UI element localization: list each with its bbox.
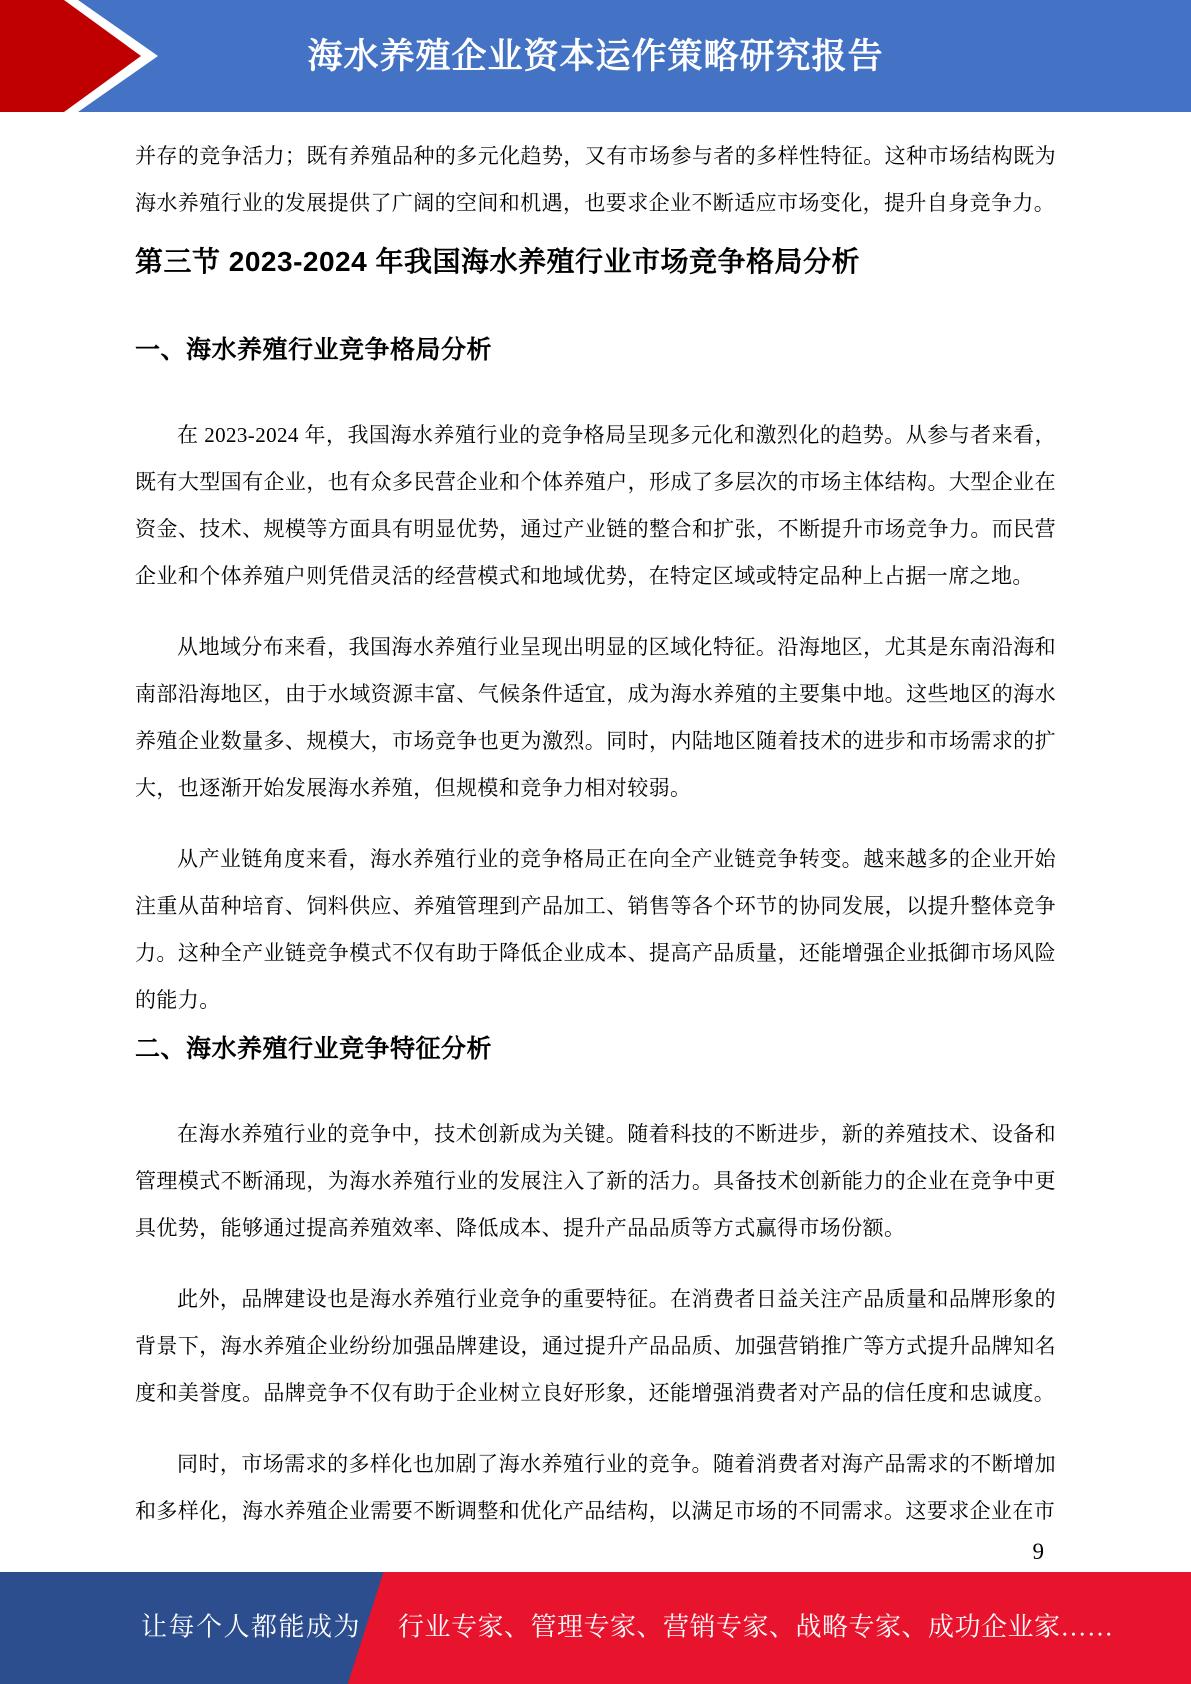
document-body: 并存的竞争活力；既有养殖品种的多元化趋势，又有市场参与者的多样性特征。这种市场结… xyxy=(135,112,1056,1567)
section-heading: 第三节 2023-2024 年我国海水养殖行业市场竞争格局分析 xyxy=(135,246,1056,277)
subsection-heading-2: 二、海水养殖行业竞争特征分析 xyxy=(135,1036,1056,1063)
paragraph: 从地域分布来看，我国海水养殖行业呈现出明显的区域化特征。沿海地区，尤其是东南沿海… xyxy=(135,624,1056,812)
paragraph: 在 2023-2024 年，我国海水养殖行业的竞争格局呈现多元化和激烈化的趋势。… xyxy=(135,412,1056,600)
continuation-paragraph: 并存的竞争活力；既有养殖品种的多元化趋势，又有市场参与者的多样性特征。这种市场结… xyxy=(135,133,1056,227)
paragraph: 在海水养殖行业的竞争中，技术创新成为关键。随着科技的不断进步，新的养殖技术、设备… xyxy=(135,1111,1056,1252)
paragraph: 此外，品牌建设也是海水养殖行业竞争的重要特征。在消费者日益关注产品质量和品牌形象… xyxy=(135,1276,1056,1417)
subsection-heading-1: 一、海水养殖行业竞争格局分析 xyxy=(135,337,1056,364)
paragraph: 从产业链角度来看，海水养殖行业的竞争格局正在向全产业链竞争转变。越来越多的企业开… xyxy=(135,836,1056,1024)
page-header-banner: 海水养殖企业资本运作策略研究报告 xyxy=(0,0,1191,112)
footer-slogan-right: 行业专家、管理专家、营销专家、战略专家、成功企业家…… xyxy=(398,1607,1114,1644)
footer-slogan-left: 让每个人都能成为 xyxy=(141,1607,361,1644)
document-page: 海水养殖企业资本运作策略研究报告 并存的竞争活力；既有养殖品种的多元化趋势，又有… xyxy=(0,0,1191,1684)
report-title: 海水养殖企业资本运作策略研究报告 xyxy=(0,29,1191,79)
page-footer-banner: 让每个人都能成为 行业专家、管理专家、营销专家、战略专家、成功企业家…… xyxy=(0,1572,1191,1684)
paragraph: 同时，市场需求的多样化也加剧了海水养殖行业的竞争。随着消费者对海产品需求的不断增… xyxy=(135,1441,1056,1535)
page-number: 9 xyxy=(135,1537,1056,1567)
